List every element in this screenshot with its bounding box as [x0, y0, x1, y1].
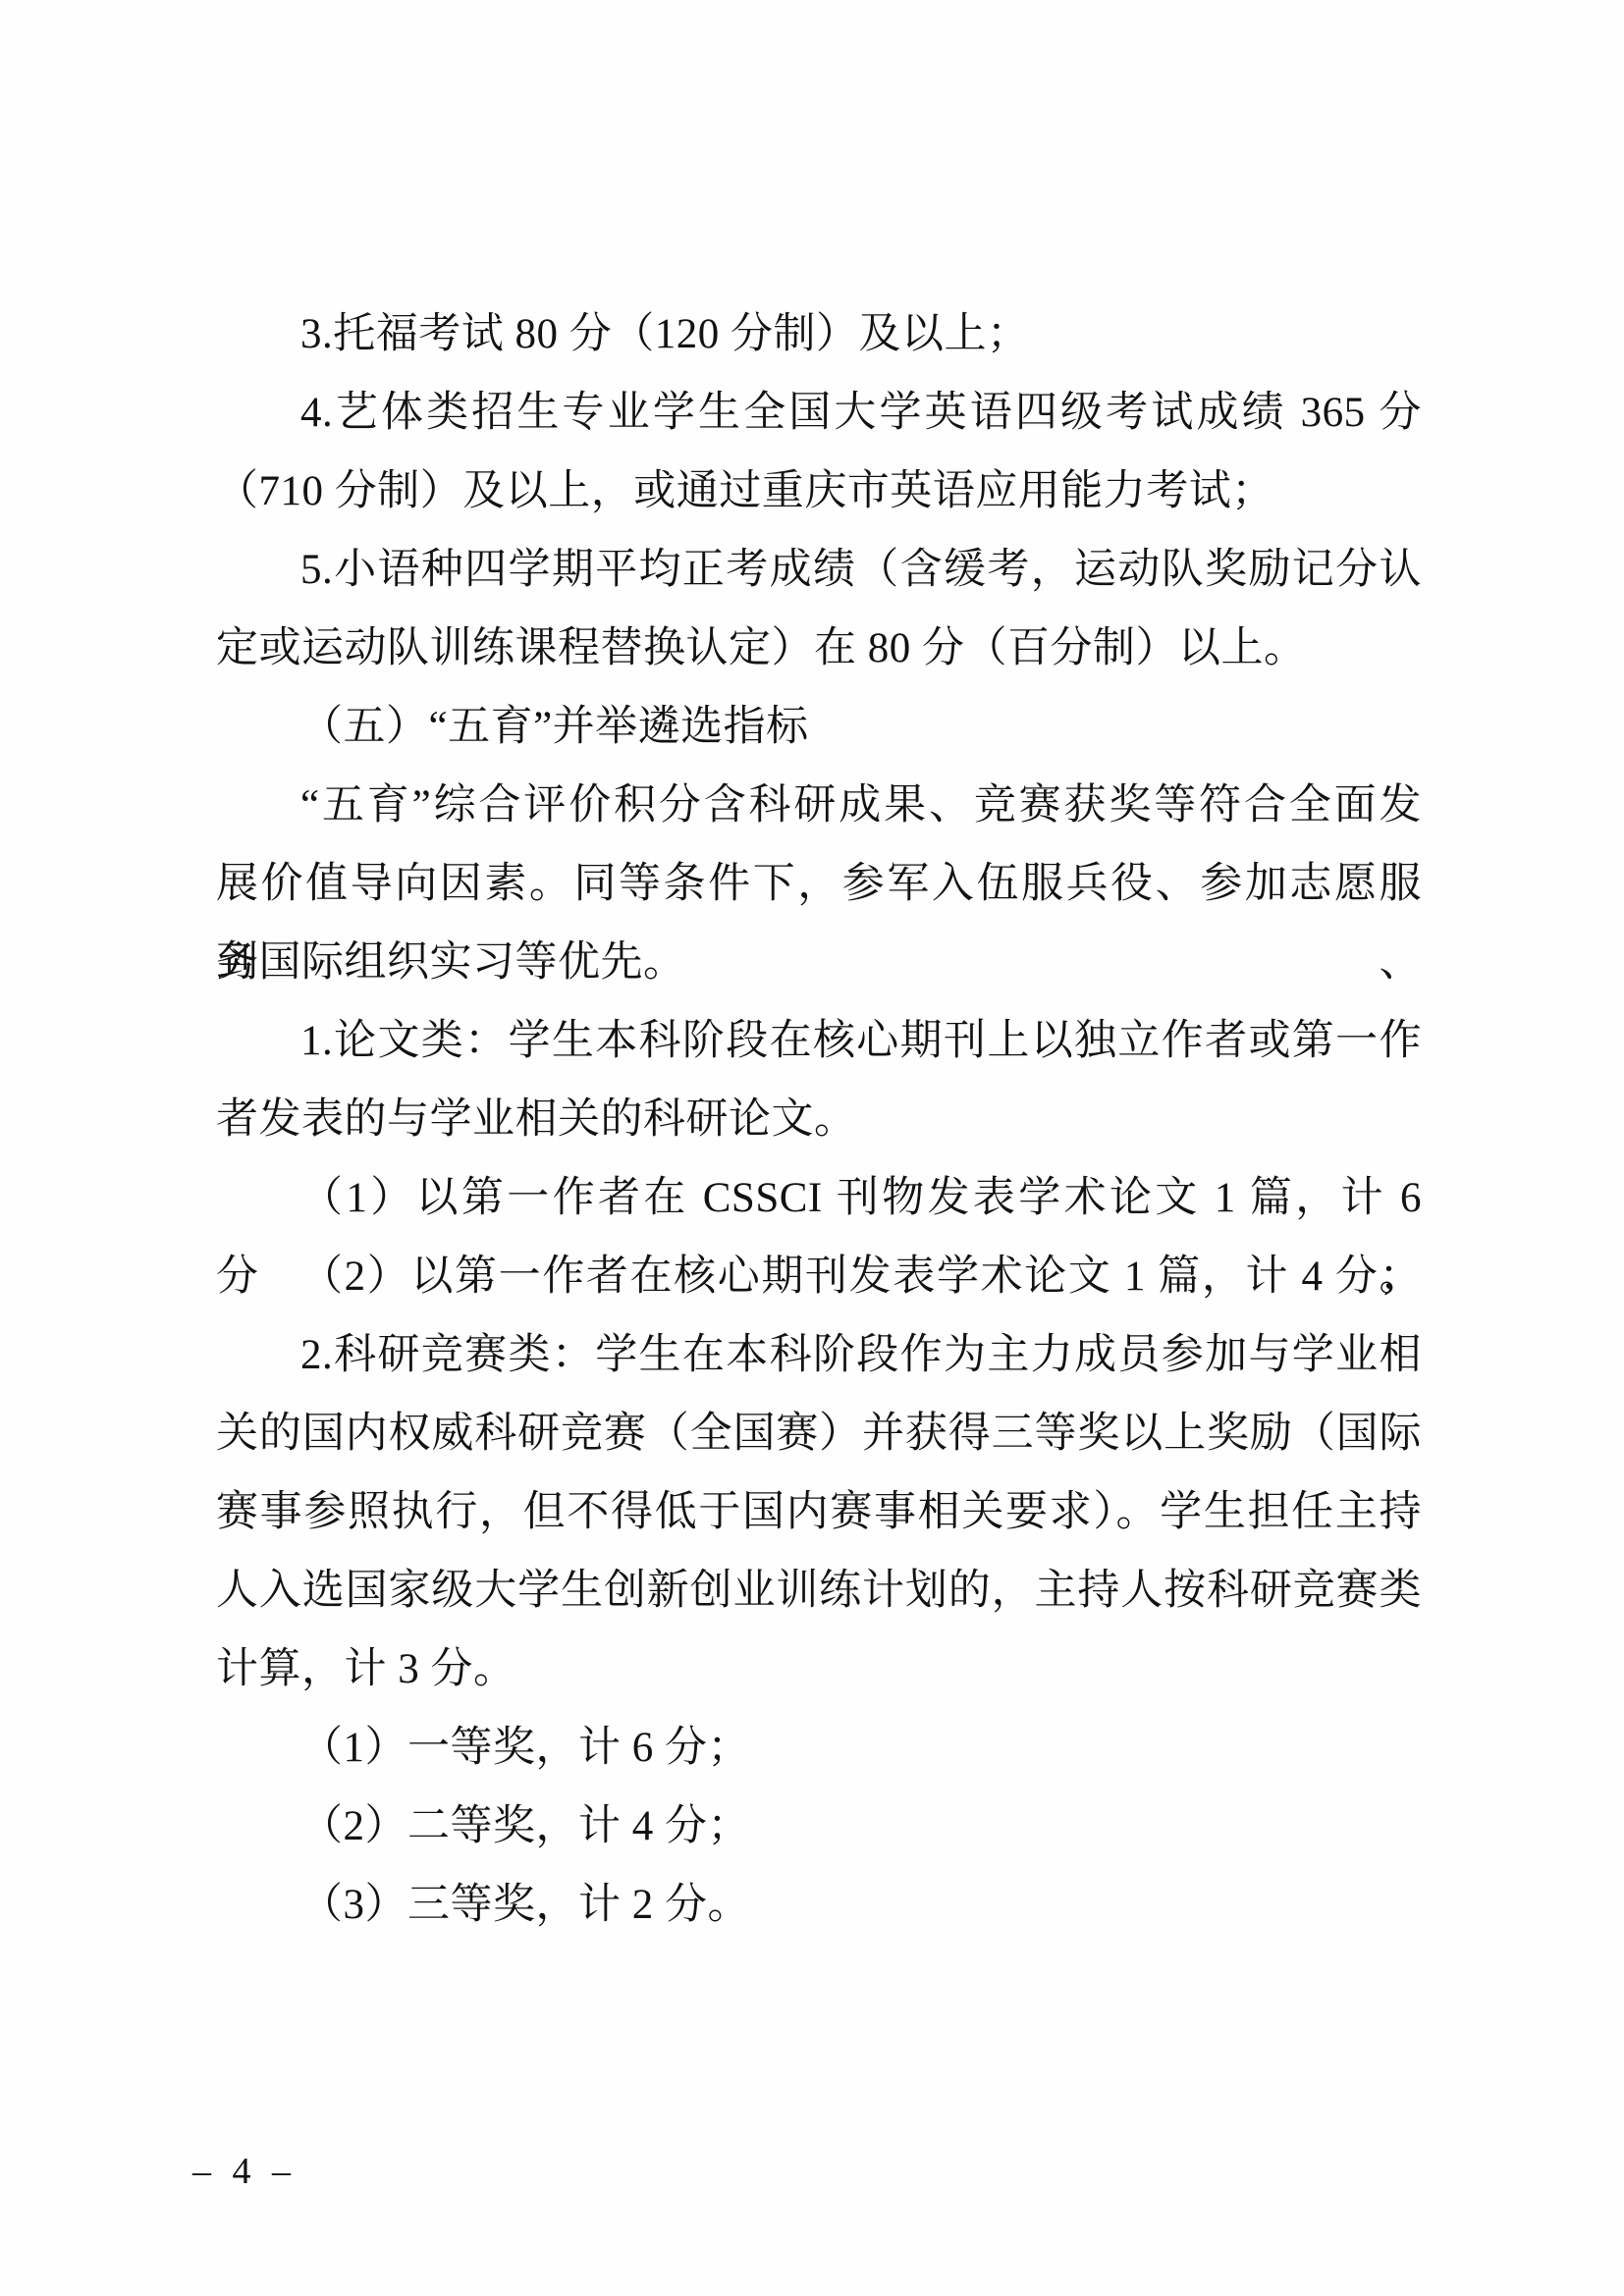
text-line: 4.艺体类招生专业学生全国大学英语四级考试成绩 365 分: [216, 374, 1422, 453]
text-line: 赛事参照执行，但不得低于国内赛事相关要求）。学生担任主持: [216, 1473, 1422, 1552]
text-line: （1）一等奖，计 6 分；: [216, 1709, 1422, 1788]
text-line: 者发表的与学业相关的科研论文。: [216, 1081, 1422, 1159]
text-line: 2.科研竞赛类：学生在本科阶段作为主力成员参加与学业相: [216, 1316, 1422, 1395]
page-number: – 4 –: [192, 2150, 297, 2193]
text-line: 展价值导向因素。同等条件下，参军入伍服兵役、参加志愿服务、: [216, 845, 1422, 924]
document-body: 3.托福考试 80 分（120 分制）及以上；4.艺体类招生专业学生全国大学英语…: [216, 295, 1422, 1945]
text-line: （2）以第一作者在核心期刊发表学术论文 1 篇，计 4 分。: [216, 1238, 1422, 1316]
text-line: （710 分制）及以上，或通过重庆市英语应用能力考试；: [216, 453, 1422, 531]
text-line: （2）二等奖，计 4 分；: [216, 1788, 1422, 1866]
text-line: 3.托福考试 80 分（120 分制）及以上；: [216, 295, 1422, 374]
document-page: 3.托福考试 80 分（120 分制）及以上；4.艺体类招生专业学生全国大学英语…: [0, 0, 1624, 2296]
text-line: 5.小语种四学期平均正考成绩（含缓考，运动队奖励记分认: [216, 531, 1422, 610]
text-line: 定或运动队训练课程替换认定）在 80 分（百分制）以上。: [216, 610, 1422, 688]
text-line: 关的国内权威科研竞赛（全国赛）并获得三等奖以上奖励（国际: [216, 1395, 1422, 1473]
text-line: “五育”综合评价积分含科研成果、竞赛获奖等符合全面发: [216, 767, 1422, 845]
text-line: 1.论文类：学生本科阶段在核心期刊上以独立作者或第一作: [216, 1002, 1422, 1081]
text-line: （3）三等奖，计 2 分。: [216, 1866, 1422, 1945]
section-heading: （五）“五育”并举遴选指标: [216, 688, 1422, 767]
text-line: 人入选国家级大学生创新创业训练计划的，主持人按科研竞赛类: [216, 1552, 1422, 1630]
text-line: （1）以第一作者在 CSSCI 刊物发表学术论文 1 篇，计 6 分；: [216, 1159, 1422, 1238]
text-line: 计算，计 3 分。: [216, 1630, 1422, 1709]
